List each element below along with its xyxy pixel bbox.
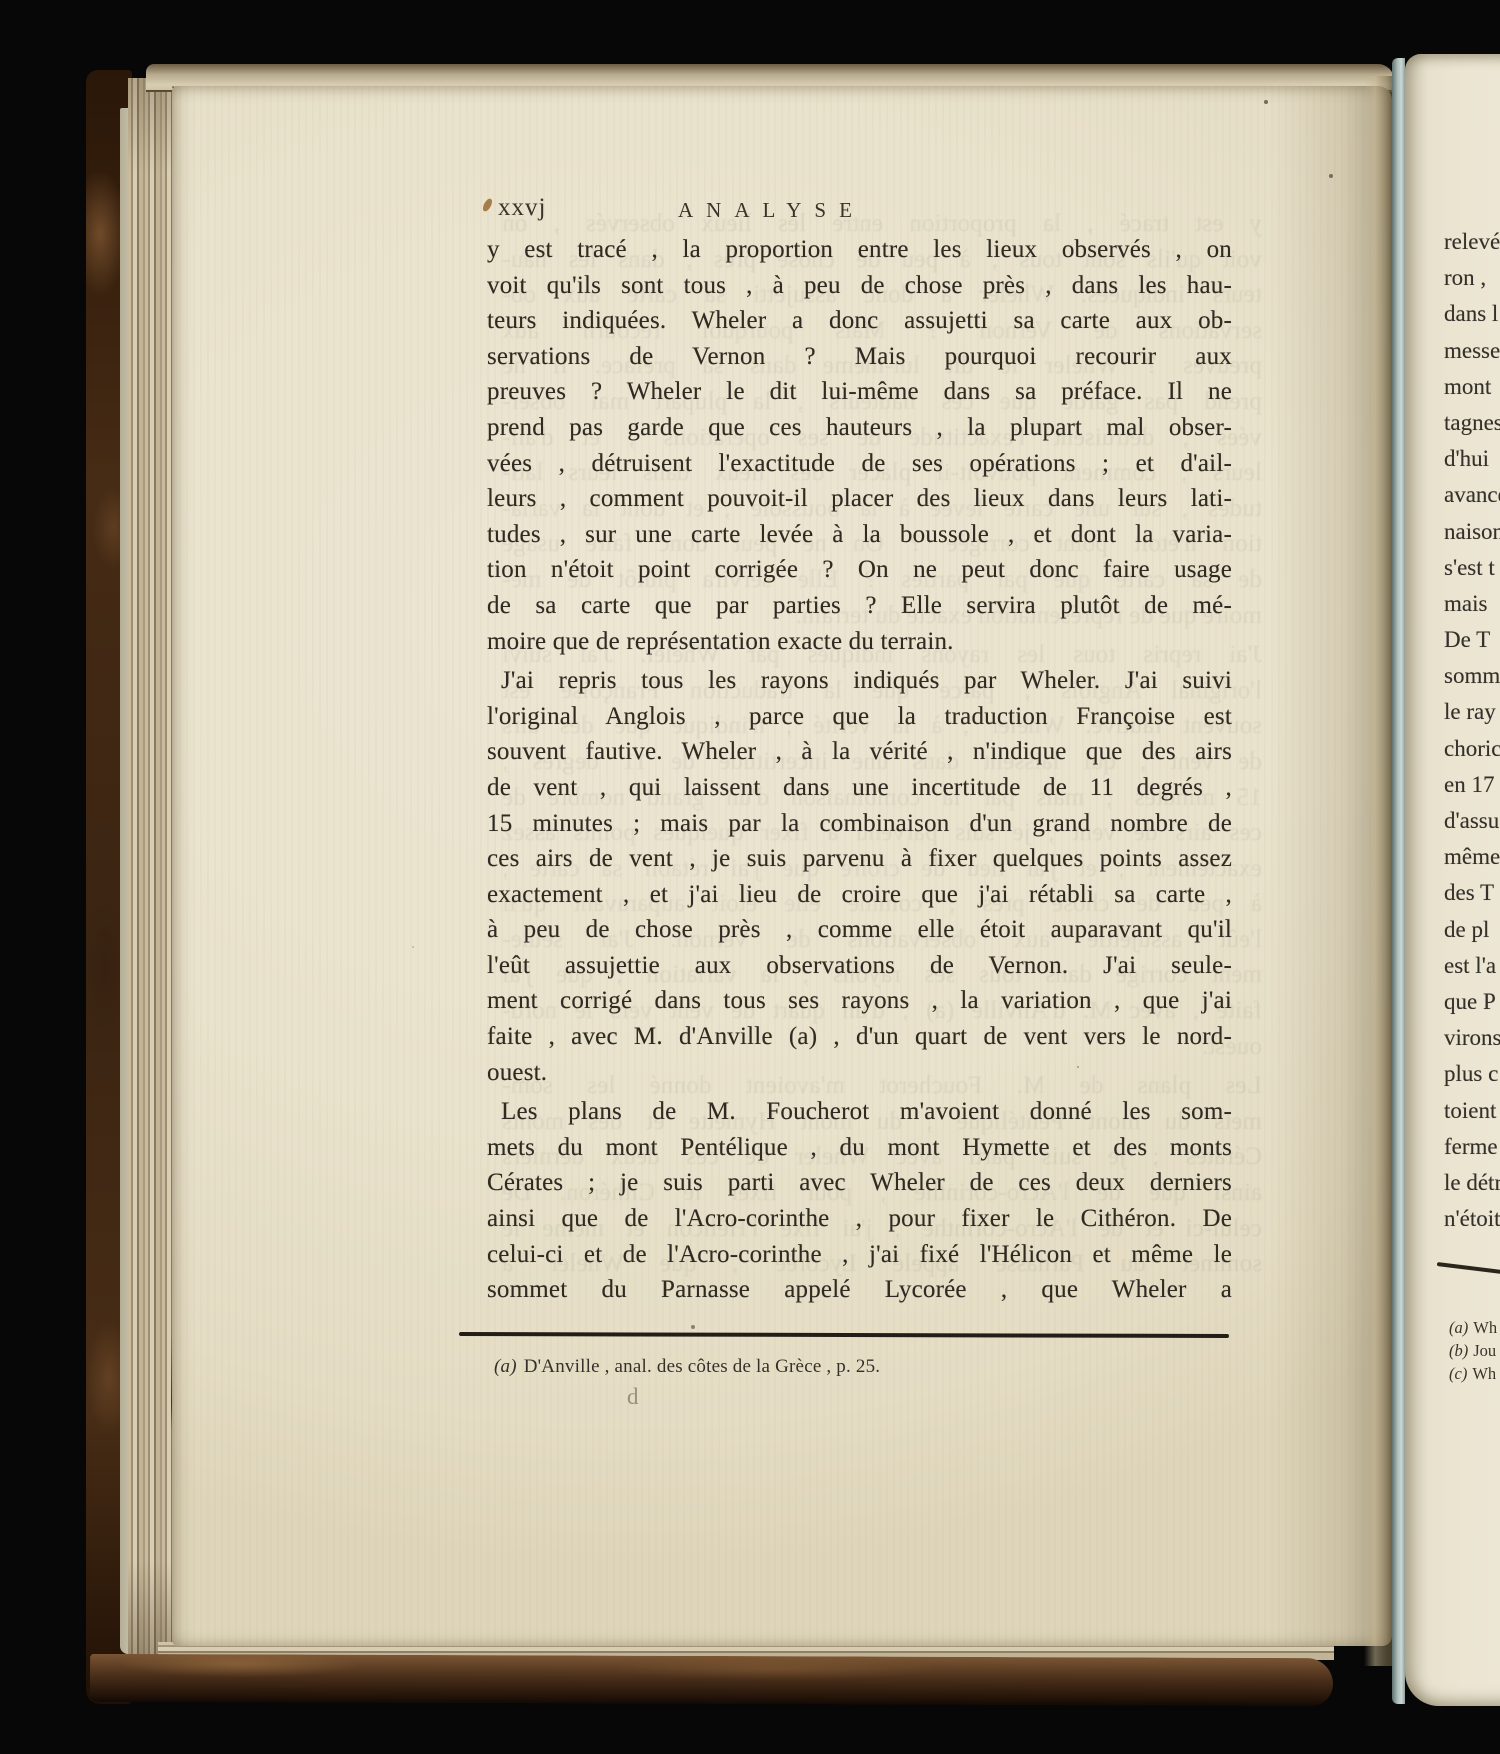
text-line: l'eût assujettie aux observations de Ver… bbox=[487, 948, 1232, 984]
right-page-text-line: naison bbox=[1444, 514, 1500, 550]
footnote-text: D'Anville , anal. des côtes de la Grèce … bbox=[524, 1356, 881, 1377]
text-line: de sa carte que par parties ? Elle servi… bbox=[487, 588, 1232, 624]
text-line: ouest. bbox=[487, 1055, 1232, 1091]
text-line: J'ai repris tous les rayons indiqués par… bbox=[487, 663, 1232, 699]
text-line: faite , avec M. d'Anville (a) , d'un qua… bbox=[487, 1019, 1232, 1055]
right-page-text-line: en 17 bbox=[1444, 767, 1500, 803]
right-page-text-line: est l'a bbox=[1444, 948, 1500, 984]
text-line: teurs indiquées. Wheler a donc assujetti… bbox=[487, 303, 1232, 339]
right-page-text-line: même bbox=[1444, 839, 1500, 875]
right-page-text-fragments: relevéron ,dans lmessemonttagnesd'huiava… bbox=[1444, 224, 1500, 1237]
paragraph: Les plans de M. Foucherot m'avoient donn… bbox=[487, 1094, 1232, 1308]
text-line: tion n'étoit point corrigée ? On ne peut… bbox=[487, 552, 1232, 588]
text-line: preuves ? Wheler le dit lui-même dans sa… bbox=[487, 374, 1232, 410]
right-page-text-line: virons bbox=[1444, 1020, 1500, 1056]
text-line: ces airs de vent , je suis parvenu à fix… bbox=[487, 841, 1232, 877]
text-line: ainsi que de l'Acro-corinthe , pour fixe… bbox=[487, 1201, 1232, 1237]
right-page-text-line: tagnes bbox=[1444, 405, 1500, 441]
text-line: vées , détruisent l'exactitude de ses op… bbox=[487, 446, 1232, 482]
book-cover-bottom-edge bbox=[90, 1654, 1333, 1706]
right-page-text-line: des T bbox=[1444, 875, 1500, 911]
right-page-footnote: (b)Jou bbox=[1449, 1339, 1497, 1362]
paragraph: J'ai repris tous les rayons indiqués par… bbox=[487, 663, 1232, 1090]
footnote-rule bbox=[459, 1332, 1229, 1338]
text-line: servations de Vernon ? Mais pourquoi rec… bbox=[487, 339, 1232, 375]
text-line: y est tracé , la proportion entre les li… bbox=[487, 232, 1232, 268]
gutter-fold bbox=[1364, 76, 1392, 1666]
right-page-text-line: ferme bbox=[1444, 1129, 1500, 1165]
text-line: de vent , qui laissent dans une incertit… bbox=[487, 770, 1232, 806]
folio-number: xxvj bbox=[498, 194, 546, 222]
right-page-text-line: d'assu bbox=[1444, 803, 1500, 839]
text-line: Les plans de M. Foucherot m'avoient donn… bbox=[487, 1094, 1232, 1130]
right-page-text-line: d'hui bbox=[1444, 441, 1500, 477]
text-line: sommet du Parnasse appelé Lycorée , que … bbox=[487, 1272, 1232, 1308]
text-line: leurs , comment pouvoit-il placer des li… bbox=[487, 481, 1232, 517]
right-page-text-line: mais bbox=[1444, 586, 1500, 622]
footnote: (a)D'Anville , anal. des côtes de la Grè… bbox=[494, 1356, 880, 1378]
right-page-text-line: que P bbox=[1444, 984, 1500, 1020]
right-page-text-line: de pl bbox=[1444, 912, 1500, 948]
right-page-text-line: choric bbox=[1444, 731, 1500, 767]
right-page-text-line: plus c bbox=[1444, 1056, 1500, 1092]
left-page-body: y est tracé , la proportion entre les li… bbox=[487, 232, 1232, 1308]
text-line: mets du mont Pentélique , du mont Hymett… bbox=[487, 1130, 1232, 1166]
ink-fleck bbox=[481, 197, 494, 213]
text-line: à peu de chose près , comme elle étoit a… bbox=[487, 912, 1232, 948]
right-page-text-line: ron , bbox=[1444, 260, 1500, 296]
left-page: y est tracé , la proportion entre les li… bbox=[172, 86, 1392, 1646]
text-line: celui-ci et de l'Acro-corinthe , j'ai fi… bbox=[487, 1237, 1232, 1273]
text-line: Cérates ; je suis parti avec Wheler de c… bbox=[487, 1165, 1232, 1201]
text-line: ment corrigé dans tous ses rayons , la v… bbox=[487, 983, 1232, 1019]
right-page-footnote: (c)Wh bbox=[1449, 1362, 1497, 1385]
right-page-text-line: messe bbox=[1444, 333, 1500, 369]
right-page-text-line: toient bbox=[1444, 1093, 1500, 1129]
right-page-text-line: s'est t bbox=[1444, 550, 1500, 586]
text-line: prend pas garde que ces hauteurs , la pl… bbox=[487, 410, 1232, 446]
right-page-text-line: avance bbox=[1444, 477, 1500, 513]
right-page-text-line: le ray bbox=[1444, 694, 1500, 730]
text-line: l'original Anglois , parce que la traduc… bbox=[487, 699, 1232, 735]
text-line: souvent fautive. Wheler , à la vérité , … bbox=[487, 734, 1232, 770]
right-page-footnotes: (a)Wh(b)Jou(c)Wh bbox=[1449, 1316, 1497, 1385]
right-page-text-line: mont bbox=[1444, 369, 1500, 405]
signature-mark: d bbox=[627, 1384, 639, 1410]
right-page-text-line: dans l bbox=[1444, 296, 1500, 332]
right-page-text-line: relevé bbox=[1444, 224, 1500, 260]
text-line: voit qu'ils sont tous , à peu de chose p… bbox=[487, 268, 1232, 304]
paper-specks bbox=[172, 86, 174, 88]
right-page-inner-edge bbox=[1392, 58, 1405, 1704]
right-page: relevéron ,dans lmessemonttagnesd'huiava… bbox=[1405, 54, 1500, 1706]
text-line: tudes , sur une carte levée à la boussol… bbox=[487, 517, 1232, 553]
running-title: ANALYSE bbox=[678, 198, 865, 223]
paragraph: y est tracé , la proportion entre les li… bbox=[487, 232, 1232, 659]
right-page-footnote: (a)Wh bbox=[1449, 1316, 1497, 1339]
right-page-text-line: De T bbox=[1444, 622, 1500, 658]
text-line: moire que de représentation exacte du te… bbox=[487, 624, 1232, 660]
right-page-footnote-rule bbox=[1437, 1262, 1500, 1276]
right-page-text-line: somm bbox=[1444, 658, 1500, 694]
text-line: 15 minutes ; mais par la combinaison d'u… bbox=[487, 806, 1232, 842]
right-page-text-line: le détr bbox=[1444, 1165, 1500, 1201]
text-line: exactement , et j'ai lieu de croire que … bbox=[487, 877, 1232, 913]
right-page-text-line: n'étoit bbox=[1444, 1201, 1500, 1237]
footnote-marker: (a) bbox=[494, 1356, 517, 1377]
